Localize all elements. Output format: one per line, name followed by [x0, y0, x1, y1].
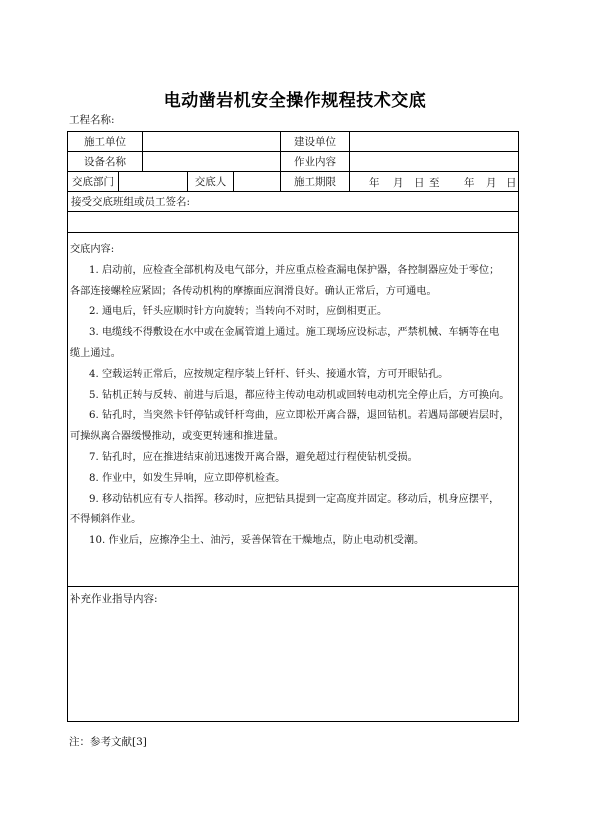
signature-field[interactable]: [68, 212, 519, 233]
end-month-unit: 月: [486, 175, 497, 190]
construction-unit-field[interactable]: [143, 132, 281, 152]
document-title: 电动凿岩机安全操作规程技术交底: [0, 86, 590, 111]
form-row-supplement: 补充作业指导内容:: [68, 587, 519, 722]
equipment-name-field[interactable]: [143, 152, 281, 172]
content-line: 2. 通电后，钎头应顺时针方向旋转；当转向不对时，应倒相更正。: [68, 302, 518, 323]
end-day-unit: 日: [506, 175, 517, 190]
form-row-signature-label: 接受交底班组或员工签名:: [68, 192, 519, 212]
form-row-units: 施工单位 建设单位: [68, 132, 519, 152]
content-line: 9. 移动钻机应有专人指挥。移动时，应把钻具提到一定高度并固定。移动后，机身应摆…: [68, 490, 518, 511]
form-row-signature: [68, 212, 519, 233]
supplement-label: 补充作业指导内容:: [68, 587, 518, 606]
disclosure-content-cell: 交底内容: 1. 启动前，应检查全部机构及电气部分，并应重点检查漏电保护器，各控…: [68, 233, 519, 587]
content-line: 可操纵离合器缓慢推动，或变更转速和推进量。: [68, 427, 518, 448]
disclosure-dept-field[interactable]: [119, 172, 188, 192]
content-line: 7. 钻孔时，应在推进结束前迅速拨开离合器，避免超过行程使钻机受损。: [68, 448, 518, 469]
supplement-cell[interactable]: 补充作业指导内容:: [68, 587, 519, 722]
work-content-field[interactable]: [350, 152, 519, 172]
content-line: 5. 钻机正转与反转、前进与后退，都应待主传动电动机或回转电动机完全停止后，方可…: [68, 386, 518, 407]
end-year-unit: 年: [464, 175, 475, 190]
equipment-name-label: 设备名称: [68, 152, 143, 172]
content-line: 不得倾斜作业。: [68, 510, 518, 531]
content-line: 8. 作业中，如发生异响，应立即停机检查。: [68, 469, 518, 490]
form-row-equipment: 设备名称 作业内容: [68, 152, 519, 172]
work-content-label: 作业内容: [281, 152, 350, 172]
reference-note: 注：参考文献[3]: [69, 734, 147, 749]
content-line: 6. 钻孔时，当突然卡钎停钻或钎杆弯曲，应立即松开离合器，退回钻机。若遇局部硬岩…: [68, 406, 518, 427]
content-line: 缆上通过。: [68, 344, 518, 365]
content-label: 交底内容:: [68, 240, 518, 261]
discloser-label: 交底人: [188, 172, 234, 192]
content-line: 4. 空载运转正常后，应按规定程序装上钎杆、钎头、接通水管，方可开眼钻孔。: [68, 365, 518, 386]
start-day-unit: 日: [414, 175, 425, 190]
project-name-label: 工程名称:: [69, 112, 115, 127]
content-line: 1. 启动前，应检查全部机构及电气部分，并应重点检查漏电保护器，各控制器应处于零…: [68, 261, 518, 282]
construction-period-label: 施工期限: [281, 172, 350, 192]
owner-unit-field[interactable]: [350, 132, 519, 152]
construction-period-field[interactable]: 年 月 日 至 年 月 日: [350, 172, 519, 192]
content-line: 3. 电缆线不得敷设在水中或在金属管道上通过。施工现场应设标志，严禁机械、车辆等…: [68, 323, 518, 344]
construction-unit-label: 施工单位: [68, 132, 143, 152]
disclosure-form-table: 施工单位 建设单位 设备名称 作业内容 交底部门 交底人 施工期限 年 月 日 …: [67, 131, 519, 722]
content-line: 10. 作业后，应擦净尘土、油污，妥善保管在干燥地点，防止电动机受潮。: [68, 531, 518, 552]
to-separator: 至: [429, 175, 440, 190]
start-year-unit: 年: [369, 175, 380, 190]
start-month-unit: 月: [393, 175, 404, 190]
signature-label: 接受交底班组或员工签名:: [68, 192, 519, 212]
discloser-field[interactable]: [234, 172, 281, 192]
form-row-content: 交底内容: 1. 启动前，应检查全部机构及电气部分，并应重点检查漏电保护器，各控…: [68, 233, 519, 587]
content-line: 各部连接螺栓应紧固；各传动机构的摩擦面应润滑良好。确认正常后，方可通电。: [68, 282, 518, 303]
disclosure-dept-label: 交底部门: [68, 172, 119, 192]
form-row-disclosure: 交底部门 交底人 施工期限 年 月 日 至 年 月 日: [68, 172, 519, 192]
owner-unit-label: 建设单位: [281, 132, 350, 152]
